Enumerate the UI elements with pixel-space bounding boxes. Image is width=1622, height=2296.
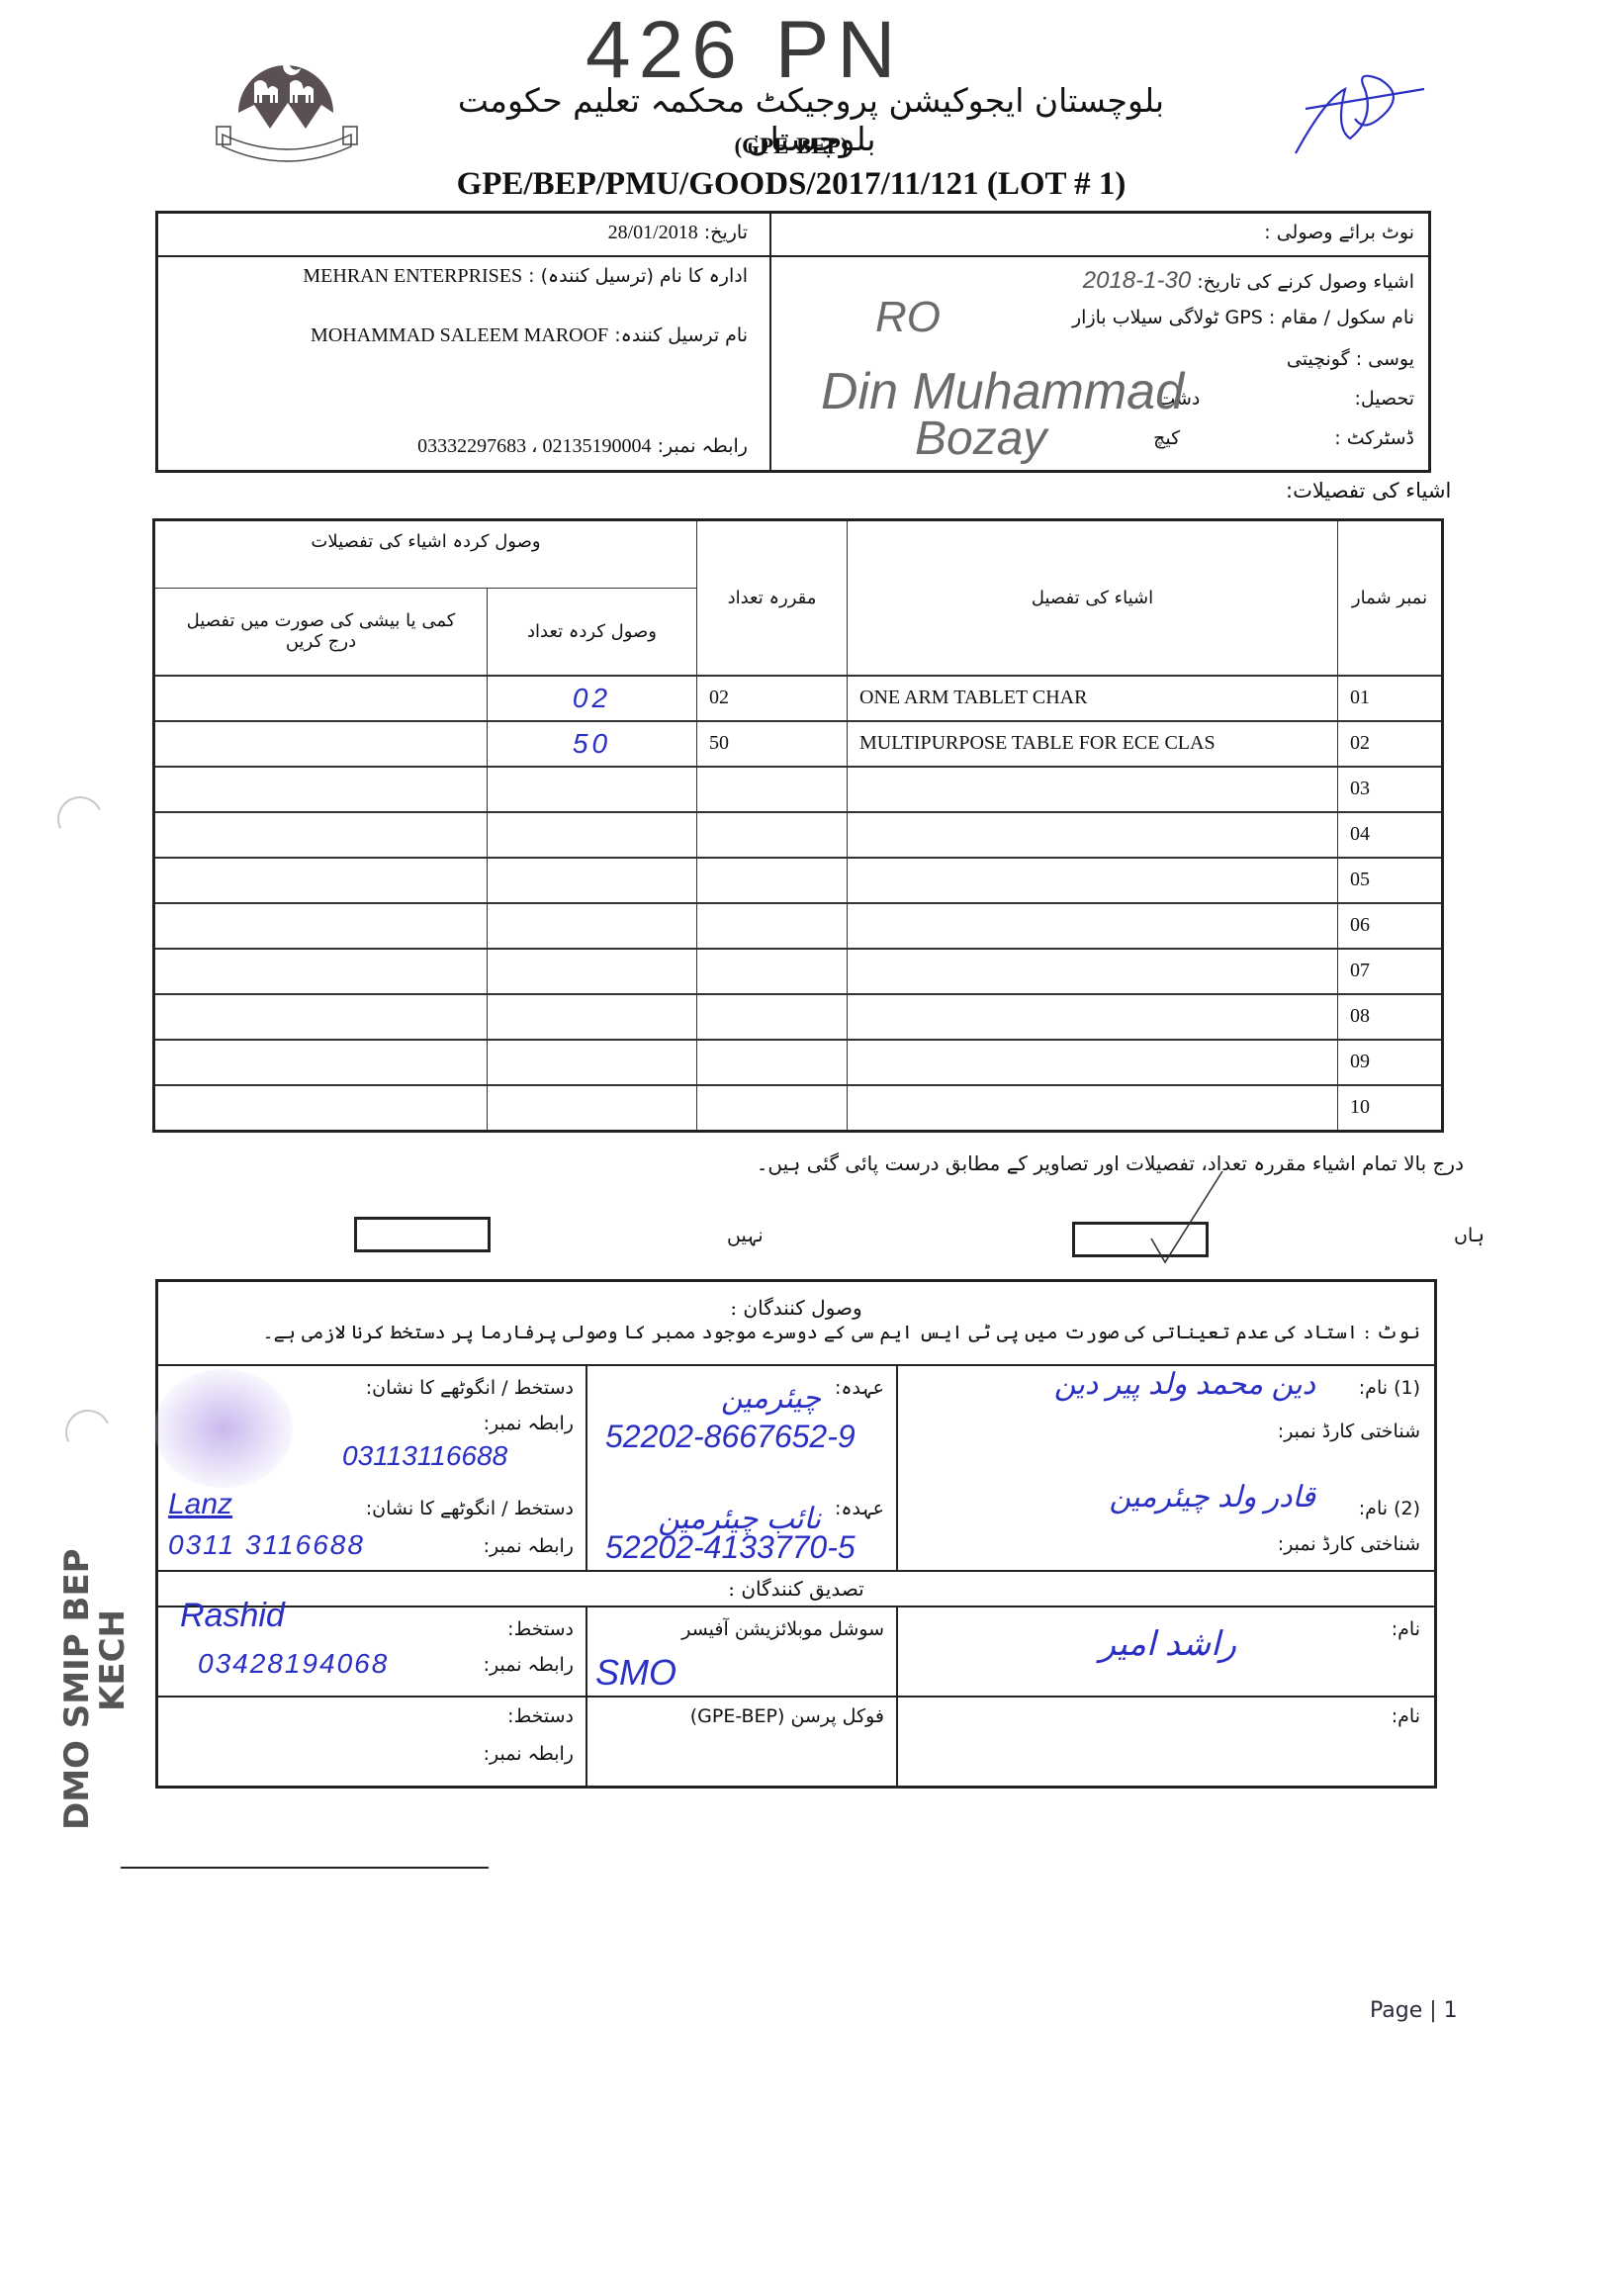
person-1-name-label: (1) نام: [1359, 1377, 1420, 1399]
cell-fixed-quantity: 50 [697, 721, 848, 767]
received-quantity-value: 02 [573, 683, 611, 713]
cell-received-quantity[interactable] [488, 949, 697, 994]
cell-description [848, 949, 1338, 994]
handwritten-annotation-surname: Bozay [915, 412, 1046, 466]
cell-received-quantity[interactable] [488, 1040, 697, 1085]
cell-received-quantity[interactable] [488, 858, 697, 903]
divider [586, 1364, 587, 1570]
cell-fixed-quantity [697, 812, 848, 858]
table-row: 08 [154, 994, 1443, 1040]
divider [158, 1364, 1434, 1366]
header-received-quantity: وصول کردہ تعداد [488, 589, 697, 676]
divider [158, 1606, 1434, 1607]
cell-description [848, 1040, 1338, 1085]
cell-shortage-details[interactable] [154, 949, 488, 994]
cell-serial: 10 [1338, 1085, 1443, 1132]
items-section-label: اشیاء کی تفصیلات: [1286, 479, 1451, 503]
supplier-org-field: ادارہ کا نام (ترسیل کنندہ) : MEHRAN ENTE… [303, 265, 748, 288]
receiving-date-value: 30-1-2018 [1083, 267, 1191, 294]
person-2-designation-label: عہدہ: [835, 1498, 884, 1519]
cell-shortage-details[interactable] [154, 994, 488, 1040]
person-2-signature: Lanz [168, 1488, 232, 1521]
uc-field: یوسی : گونچیتی [1287, 348, 1414, 370]
verifier-2-signature-label: دستخط: [507, 1705, 574, 1727]
row-divider [158, 255, 1428, 257]
supplier-name-field: نام ترسیل کنندہ: MOHAMMAD SALEEM MAROOF [311, 324, 748, 347]
person-1-cnic: 52202-8667652-9 [605, 1419, 856, 1455]
person-1-cnic-label: شناختی کارڈ نمبر: [1278, 1421, 1420, 1442]
cell-serial: 04 [1338, 812, 1443, 858]
receiving-date-label: اشیاء وصول کرنے کی تاریخ: [1197, 271, 1414, 293]
person-1-name: دین محمد ولد پیر دین [1054, 1367, 1315, 1402]
table-row: 10 [154, 1085, 1443, 1132]
cell-fixed-quantity [697, 1040, 848, 1085]
verifiers-title: تصدیق کنندگان : [158, 1577, 1434, 1601]
cell-fixed-quantity [697, 903, 848, 949]
person-1-designation: چیئرمین [721, 1381, 821, 1416]
cell-serial: 05 [1338, 858, 1443, 903]
header-received-group: وصول کردہ اشیاء کی تفصیلات [154, 520, 697, 589]
cell-description [848, 767, 1338, 812]
header-shortage-details: کمی یا بیشی کی صورت میں تفصیل درج کریں [154, 589, 488, 676]
uc-value: گونچیتی [1287, 348, 1350, 370]
receipt-note-title: نوٹ برائے وصولی : [1264, 222, 1414, 243]
verifier-1-name: راشد امیر [1100, 1624, 1236, 1664]
person-1-contact: 03113116688 [342, 1440, 507, 1472]
cell-received-quantity[interactable] [488, 767, 697, 812]
verifier-1-role-handwritten: SMO [595, 1652, 676, 1694]
receivers-title: وصول کنندگان : [158, 1296, 1434, 1320]
cell-shortage-details[interactable] [154, 721, 488, 767]
cell-description: MULTIPURPOSE TABLE FOR ECE CLAS [848, 721, 1338, 767]
cell-serial: 03 [1338, 767, 1443, 812]
table-row: 02 02 ONE ARM TABLET CHAR 01 [154, 676, 1443, 721]
supplier-name-value: MOHAMMAD SALEEM MAROOF [311, 324, 608, 346]
cell-shortage-details[interactable] [154, 676, 488, 721]
no-checkbox[interactable] [354, 1217, 491, 1252]
balochistan-government-logo [211, 44, 363, 166]
cell-description: ONE ARM TABLET CHAR [848, 676, 1338, 721]
table-row: 09 [154, 1040, 1443, 1085]
table-row: 04 [154, 812, 1443, 858]
header-description: اشیاء کی تفصیل [848, 520, 1338, 676]
person-2-name-label: (2) نام: [1359, 1498, 1420, 1519]
verifier-2-contact-label: رابطہ نمبر: [484, 1743, 574, 1765]
stamp-line-2: KECH [95, 1548, 131, 1830]
title-acronym: (GPE-BEP) [593, 134, 989, 159]
cell-serial: 08 [1338, 994, 1443, 1040]
verifier-2-name-label: نام: [1392, 1705, 1420, 1727]
reference-number: GPE/BEP/PMU/GOODS/2017/11/121 (LOT # 1) [297, 166, 1286, 203]
person-2-name: قادر ولد چیئرمین [1109, 1480, 1315, 1515]
supplier-name-label: نام ترسیل کنندہ: [614, 324, 748, 346]
cell-fixed-quantity [697, 858, 848, 903]
school-value: GPS ٹولاگی سیلاب بازار [1072, 307, 1263, 328]
cell-shortage-details[interactable] [154, 1085, 488, 1132]
tehsil-field: تحصیل: دشت [1157, 388, 1414, 410]
person-2-designation: نائب چیئرمین [658, 1502, 821, 1536]
person-2-signature-label: دستخط / انگوٹھے کا نشان: [366, 1498, 574, 1519]
cell-description [848, 858, 1338, 903]
district-field: ڈسٹرکٹ : کیچ [1153, 427, 1414, 449]
supplier-contact-field: رابطہ نمبر: 02135190004 ، 03332297683 [417, 433, 748, 458]
receipt-info-box: نوٹ برائے وصولی : اشیاء وصول کرنے کی تار… [155, 211, 1431, 473]
cell-shortage-details[interactable] [154, 903, 488, 949]
divider [158, 1696, 1434, 1698]
cell-shortage-details[interactable] [154, 812, 488, 858]
cell-fixed-quantity [697, 1085, 848, 1132]
uc-label: یوسی : [1356, 348, 1414, 370]
handwritten-annotation-ro: RO [875, 293, 941, 342]
cell-serial: 01 [1338, 676, 1443, 721]
verifier-2-role: فوکل پرسن (GPE-BEP) [690, 1705, 884, 1727]
footer-divider [121, 1867, 489, 1869]
divider [896, 1364, 898, 1570]
tehsil-label: تحصیل: [1354, 388, 1414, 410]
cell-fixed-quantity [697, 767, 848, 812]
divider [158, 1570, 1434, 1572]
person-2-contact-label: رابطہ نمبر: [484, 1535, 574, 1557]
cell-fixed-quantity: 02 [697, 676, 848, 721]
cell-received-quantity[interactable] [488, 1085, 697, 1132]
cell-received-quantity[interactable] [488, 903, 697, 949]
cell-fixed-quantity [697, 949, 848, 994]
person-1-signature-label: دستخط / انگوٹھے کا نشان: [366, 1377, 574, 1399]
cell-received-quantity[interactable] [488, 994, 697, 1040]
header-serial: نمبر شمار [1338, 520, 1443, 676]
cell-serial: 07 [1338, 949, 1443, 994]
table-row: 06 [154, 903, 1443, 949]
table-row: 03 [154, 767, 1443, 812]
stamp-line-1: DMO SMIP BEP [59, 1548, 95, 1830]
verifier-1-contact-label: رابطہ نمبر: [484, 1654, 574, 1676]
verifier-1-contact: 03428194068 [198, 1648, 389, 1680]
school-label: نام سکول / مقام : [1269, 307, 1414, 328]
district-label: ڈسٹرکٹ : [1334, 427, 1414, 449]
cell-description [848, 1085, 1338, 1132]
person-1-designation-label: عہدہ: [835, 1377, 884, 1399]
receivers-box: وصول کنندگان : نوٹ : استاد کی عدم تعینات… [155, 1279, 1437, 1789]
cell-fixed-quantity [697, 994, 848, 1040]
column-divider [769, 214, 771, 470]
cell-serial: 02 [1338, 721, 1443, 767]
office-stamp: DMO SMIP BEP KECH [59, 1543, 158, 1840]
table-row: 05 [154, 858, 1443, 903]
confirmation-statement: درج بالا تمام اشیاء مقررہ تعداد، تفصیلات… [692, 1151, 1464, 1175]
supplier-org-value: MEHRAN ENTERPRISES [303, 265, 522, 287]
date-value: 28/01/2018 [608, 222, 698, 243]
table-row: 50 50 MULTIPURPOSE TABLE FOR ECE CLAS 02 [154, 721, 1443, 767]
receivers-note: نوٹ : استاد کی عدم تعیناتی کی صورت میں پ… [263, 1322, 1420, 1343]
school-field: نام سکول / مقام : GPS ٹولاگی سیلاب بازار [1072, 307, 1414, 328]
received-quantity-value: 50 [573, 728, 611, 759]
cell-description [848, 994, 1338, 1040]
thumbprint-icon [154, 1369, 293, 1488]
cell-shortage-details[interactable] [154, 767, 488, 812]
cell-description [848, 812, 1338, 858]
no-label: نہیں [727, 1225, 764, 1246]
yes-label: ہاں [1454, 1225, 1485, 1246]
cell-shortage-details[interactable] [154, 1040, 488, 1085]
verifier-1-signature: Rashid [180, 1597, 285, 1635]
district-value: کیچ [1153, 427, 1180, 449]
supplier-contact-label: رابطہ نمبر: [658, 435, 748, 457]
cell-serial: 09 [1338, 1040, 1443, 1085]
cell-serial: 06 [1338, 903, 1443, 949]
date-label: تاریخ: [704, 222, 748, 243]
verifier-1-role: سوشل موبلائزیشن آفیسر [681, 1618, 884, 1640]
verifier-1-signature-label: دستخط: [507, 1618, 574, 1640]
supplier-org-label: ادارہ کا نام (ترسیل کنندہ) : [528, 265, 748, 287]
person-1-contact-label: رابطہ نمبر: [484, 1413, 574, 1434]
checkmark-icon [1147, 1167, 1226, 1266]
table-row: 07 [154, 949, 1443, 994]
page-number: Page | 1 [1370, 1998, 1458, 2023]
cell-received-quantity[interactable]: 50 [488, 721, 697, 767]
cell-received-quantity[interactable] [488, 812, 697, 858]
date-field: تاریخ: 28/01/2018 [608, 222, 748, 244]
cell-received-quantity[interactable]: 02 [488, 676, 697, 721]
person-2-cnic-label: شناختی کارڈ نمبر: [1278, 1533, 1420, 1555]
items-table: وصول کردہ اشیاء کی تفصیلات مقررہ تعداد ا… [152, 518, 1444, 1133]
receiving-date-field: اشیاء وصول کرنے کی تاریخ: 30-1-2018 [1083, 267, 1414, 295]
top-signature-icon [1286, 59, 1434, 158]
header-fixed-quantity: مقررہ تعداد [697, 520, 848, 676]
person-2-contact: 0311 3116688 [168, 1529, 365, 1561]
punch-hole-mark [59, 1404, 118, 1462]
supplier-contact-value: 02135190004 ، 03332297683 [417, 435, 651, 457]
verifier-1-name-label: نام: [1392, 1618, 1420, 1640]
cell-description [848, 903, 1338, 949]
cell-shortage-details[interactable] [154, 858, 488, 903]
punch-hole-mark [51, 790, 110, 849]
